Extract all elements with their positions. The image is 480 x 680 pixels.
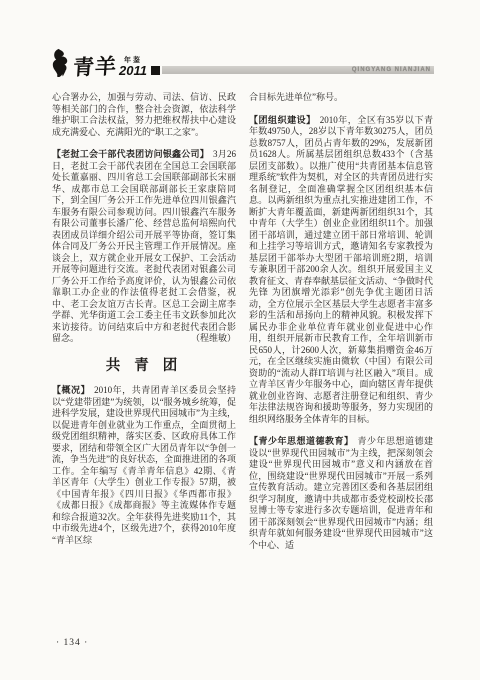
logo: 青羊 年鉴 2011 <box>52 48 160 78</box>
header-rule-bar: QINGYANG NIANJIAN <box>162 66 434 74</box>
entry-text: 2010年，共青团青羊区委员会坚持以“党建带团建”为统领，以“服务城乡统筹，促进… <box>52 385 236 545</box>
entry-gaikuang: 【概况】2010年，共青团青羊区委员会坚持以“党建带团建”为统领，以“服务城乡统… <box>52 385 236 546</box>
page-number: · 134 · <box>56 638 88 648</box>
paragraph-text: 合目标先进单位”称号。 <box>249 92 343 102</box>
section-title-gongqingtuan: 共 青 团 <box>52 361 236 373</box>
entry-text: 2010年，全区有35岁以下青年数49750人，28岁以下青年数30275人，团… <box>249 115 433 424</box>
entry-sixiang-daode-jiaoyu: 【青少年思想道德教育】青少年思想道德建设以“世界现代田园城市”为主线，把深刻领会… <box>249 436 433 551</box>
paragraph-text: 心合署办公，加强与劳动、司法、信访、民政等相关部门的合作，整合社会资源，依法科学… <box>52 92 236 137</box>
header-pinyin-text: QINGYANG NIANJIAN <box>352 67 431 74</box>
page-header: 青羊 年鉴 2011 QINGYANG NIANJIAN <box>52 46 434 78</box>
entry-title: 【团组织建设】 <box>249 115 316 125</box>
logo-year: 2011 <box>119 64 147 77</box>
entry-byline: （程维敏） <box>191 333 236 345</box>
entry-text: 3月26日，老挝工会干部代表团在全国总工会国联部处长董嘉丽、四川省总工会国联部副… <box>52 149 236 343</box>
right-column: 合目标先进单位”称号。 【团组织建设】2010年，全区有35岁以下青年数4975… <box>249 92 433 644</box>
entry-laowo-visit: 【老挝工会干部代表团访问银鑫公司】3月26日，老挝工会干部代表团在全国总工会国联… <box>52 149 236 345</box>
paragraph-continuation: 心合署办公，加强与劳动、司法、信访、民政等相关部门的合作，整合社会资源，依法科学… <box>52 92 236 138</box>
goat-calligraphy-icon <box>52 48 72 78</box>
entry-title: 【概况】 <box>52 385 90 395</box>
yearbook-page: 青羊 年鉴 2011 QINGYANG NIANJIAN 心合署办公，加强与劳动… <box>0 0 480 680</box>
paragraph-continuation: 合目标先进单位”称号。 <box>249 92 433 104</box>
entry-text: 青少年思想道德建设以“世界现代田园城市”为主线，把深刻领会建设“世界现代田园城市… <box>249 436 433 550</box>
logo-title: 青羊 <box>72 55 118 79</box>
black-square-marker <box>151 66 160 75</box>
entry-tuanzuzhi-jianshe: 【团组织建设】2010年，全区有35岁以下青年数49750人，28岁以下青年数3… <box>249 115 433 426</box>
logo-subtitle-block: 年鉴 2011 <box>119 57 147 77</box>
page-body: 心合署办公，加强与劳动、司法、信访、民政等相关部门的合作，整合社会资源，依法科学… <box>52 92 434 644</box>
entry-title: 【老挝工会干部代表团访问银鑫公司】 <box>52 149 209 159</box>
entry-title: 【青少年思想道德教育】 <box>249 436 353 446</box>
left-column: 心合署办公，加强与劳动、司法、信访、民政等相关部门的合作，整合社会资源，依法科学… <box>52 92 236 644</box>
